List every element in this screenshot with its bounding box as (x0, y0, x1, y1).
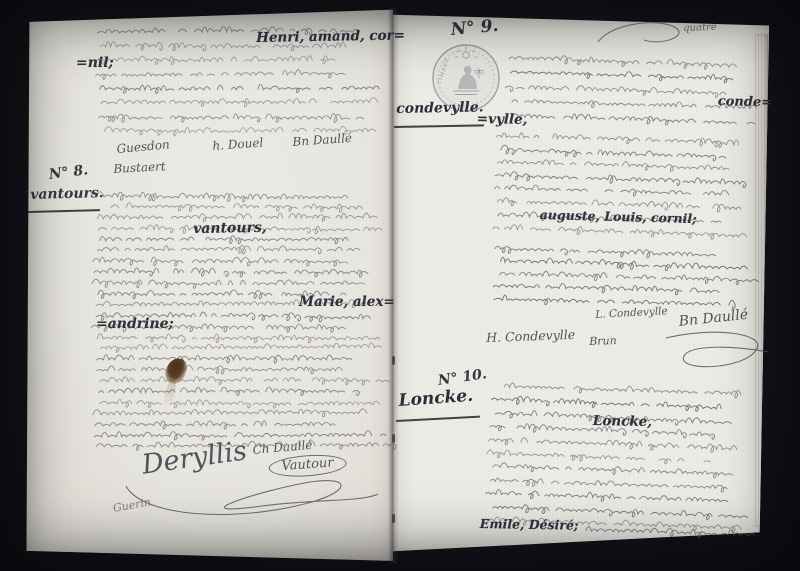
scanned-register-spread: TIMBRE Henri, amand, cor= =nil; vantours… (0, 0, 800, 571)
margin-name-vantours: vantours. (30, 185, 104, 203)
record-name-vantours: vantours, (193, 220, 267, 237)
record-name-emile-desire: Emile, Désiré; (480, 516, 579, 533)
record-name-andrine: =andrine; (96, 316, 174, 332)
record-name-marie-alex: Marie, alex= (299, 294, 395, 310)
top-swirl-flourish (592, 16, 692, 50)
record-name-henri-amand: Henri, amand, cor= (256, 27, 405, 46)
entry-number-9: N° 9. (450, 16, 499, 40)
bn-daulle-flourish (656, 326, 776, 376)
margin-name-condevylle: condevylle. (396, 99, 484, 117)
record-name-loncke: Loncke, (593, 413, 652, 430)
signature-brun: Brun (589, 334, 617, 348)
record-name-vylle: =vylle, (477, 111, 528, 128)
handwritten-paragraph (578, 520, 758, 537)
signature-bustaert: Bustaert (113, 159, 166, 176)
stitch-thread (392, 514, 395, 523)
handwritten-paragraph (484, 376, 758, 531)
record-name-conde: conde= (718, 94, 773, 110)
handwritten-paragraph (493, 238, 762, 308)
stitch-thread (392, 434, 395, 443)
record-name-nil: =nil; (76, 55, 114, 71)
stitch-thread (392, 356, 395, 365)
binding-gutter (388, 8, 399, 564)
signature-h-condevylle: H. Condevylle (486, 327, 575, 345)
handwritten-paragraph (503, 48, 755, 126)
